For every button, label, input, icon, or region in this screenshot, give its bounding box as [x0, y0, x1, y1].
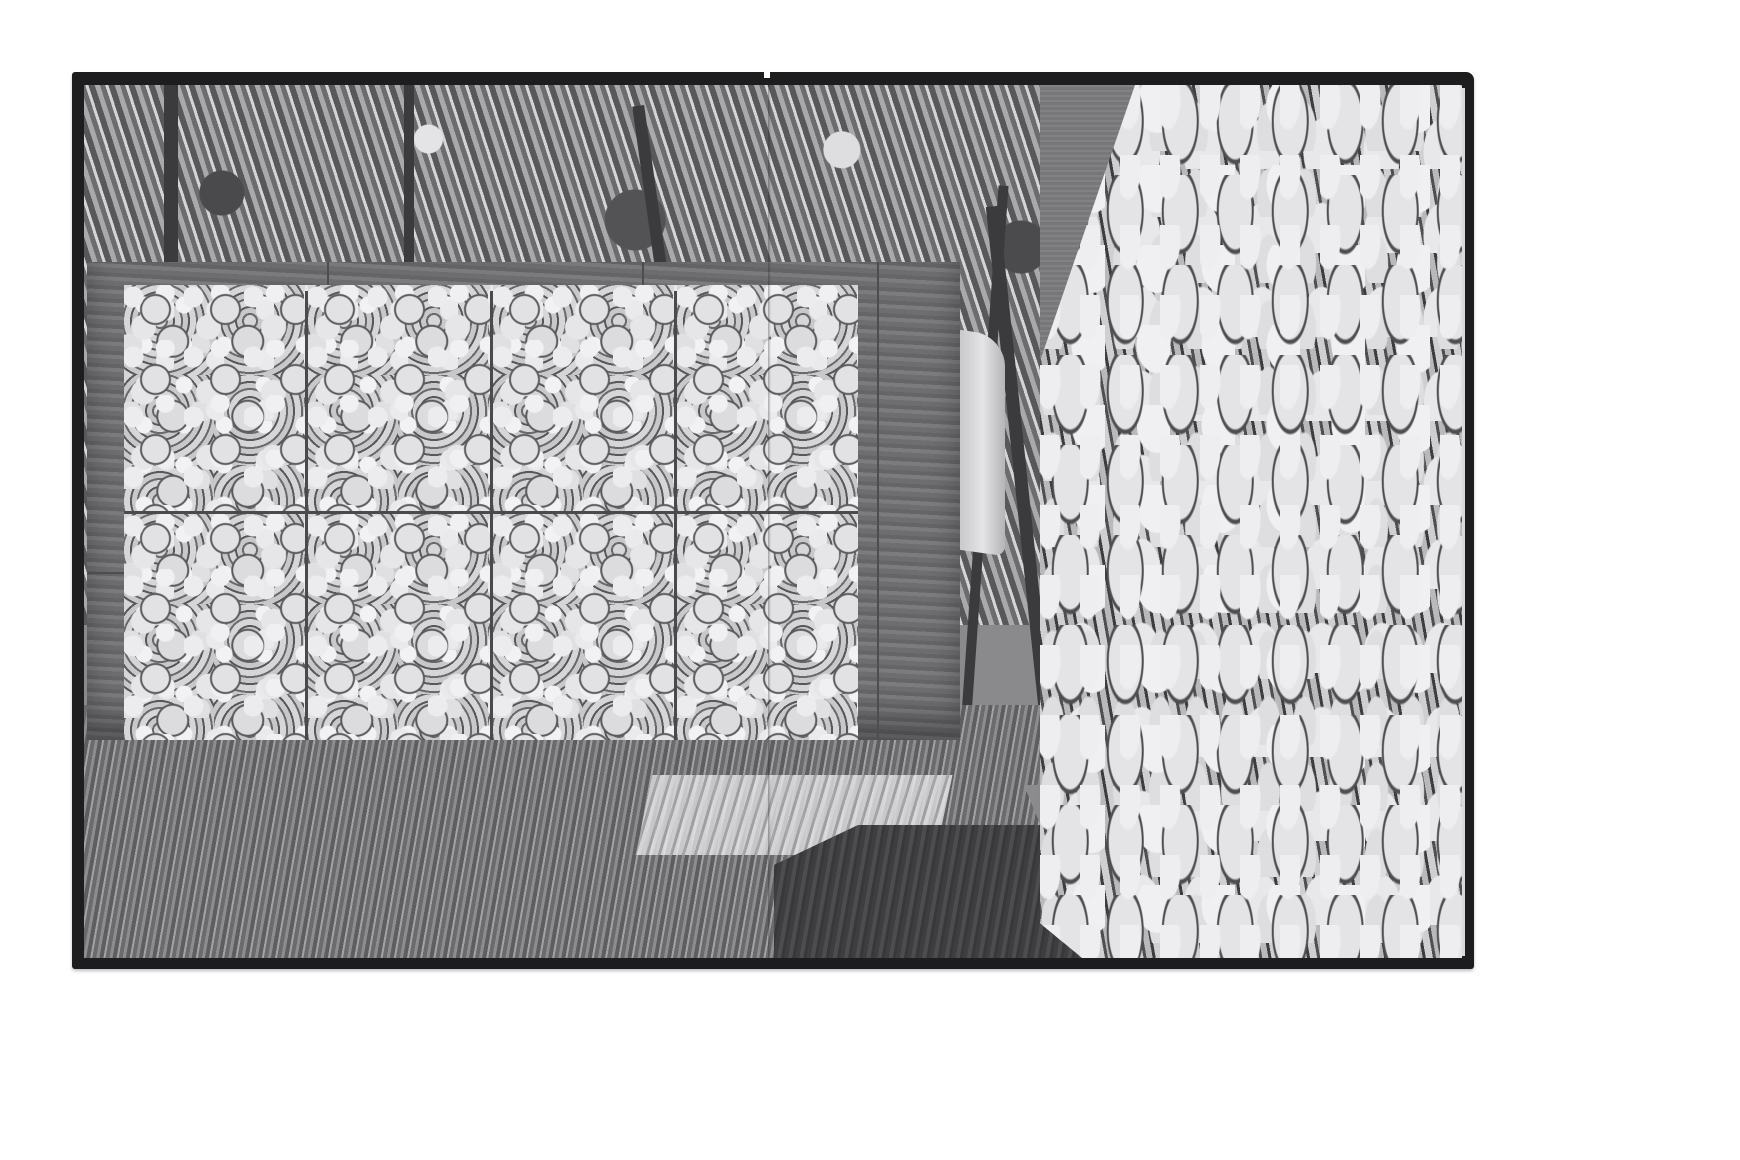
mosaic-panel: [493, 514, 674, 740]
book-gutter: [768, 85, 771, 958]
mosaic-panel: [308, 285, 489, 511]
mosaic-panel: [124, 285, 305, 511]
mosaic-panel: [124, 514, 305, 740]
tarp: [960, 330, 1005, 556]
photograph: [84, 85, 1462, 958]
perspective-plate-wall: [1040, 85, 1462, 958]
plywood-seam: [877, 262, 879, 740]
plate-mosaic: [124, 285, 858, 740]
book-spine-notch: [764, 72, 770, 78]
tree-trunk: [164, 85, 178, 285]
mosaic-panel: [308, 514, 489, 740]
plywood-seam: [87, 572, 127, 574]
page-edge: [1462, 88, 1465, 956]
mosaic-panel: [493, 285, 674, 511]
tree-trunk: [404, 85, 414, 275]
